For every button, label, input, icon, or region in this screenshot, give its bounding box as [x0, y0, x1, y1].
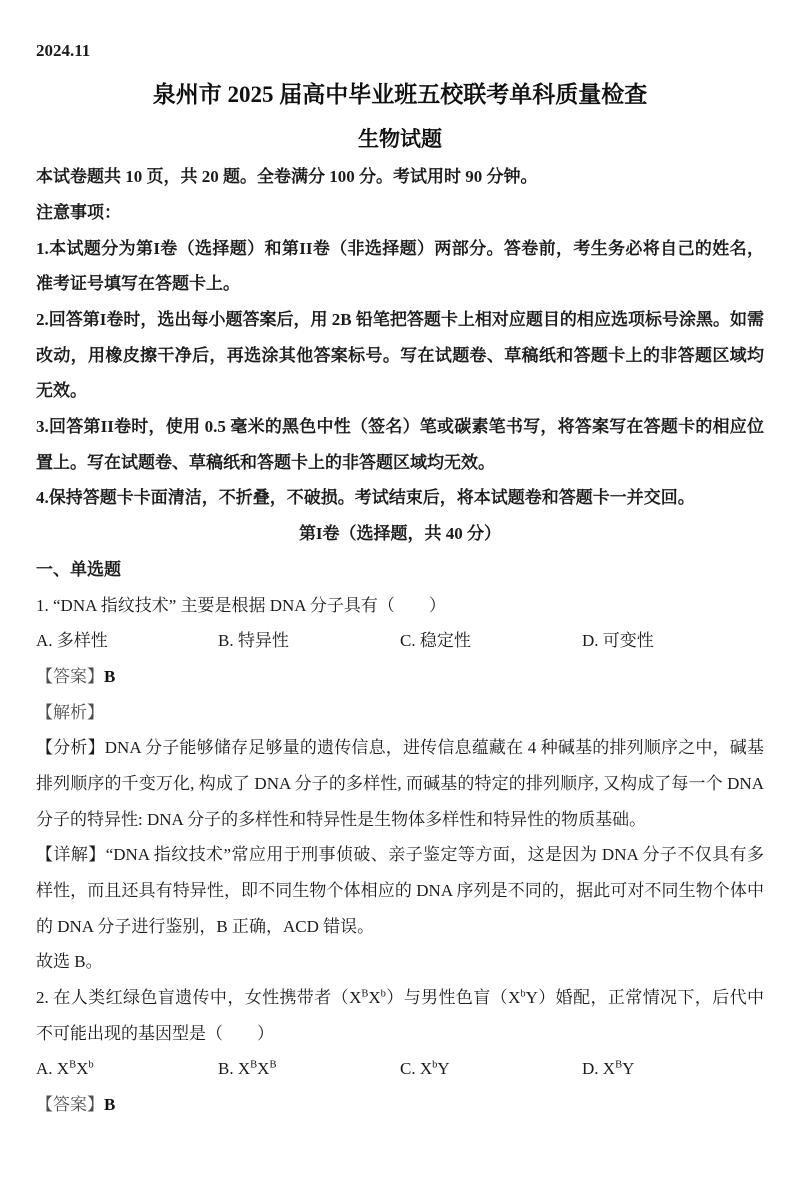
section-i-heading: 第I卷（选择题，共 40 分） — [36, 516, 764, 552]
question-2-option-b: B. XBXB — [218, 1051, 400, 1087]
question-1-option-c: C. 稳定性 — [400, 623, 582, 659]
question-1-answer-value: B — [104, 667, 115, 686]
notice-item-1: 1.本试题分为第I卷（选择题）和第II卷（非选择题）两部分。答卷前，考生务必将自… — [36, 231, 764, 302]
question-1-xiangjie-paragraph: 【详解】“DNA 指纹技术”常应用于刑事侦破、亲子鉴定等方面，这是因为 DNA … — [36, 837, 764, 944]
question-1-fenxi-text: DNA 分子能够储存足够量的遗传信息，进传信息蕴藏在 4 种碱基的排列顺序之中，… — [36, 738, 764, 828]
question-2-answer-value: B — [104, 1095, 115, 1114]
question-1-options: A. 多样性 B. 特异性 C. 稳定性 D. 可变性 — [36, 623, 764, 659]
question-2-option-a: A. XBXb — [36, 1051, 218, 1087]
question-1-answer-line: 【答案】B — [36, 659, 764, 695]
fenxi-label: 【分析】 — [36, 738, 105, 757]
question-2-stem: 2. 在人类红绿色盲遗传中，女性携带者（XBXb）与男性色盲（XbY）婚配，正常… — [36, 980, 764, 1051]
question-1-option-a: A. 多样性 — [36, 623, 218, 659]
exam-subject-title: 生物试题 — [36, 126, 764, 153]
jiexi-label: 【解析】 — [36, 703, 104, 722]
question-1-conclusion: 故选 B。 — [36, 944, 764, 980]
exam-summary: 本试卷题共 10 页，共 20 题。全卷满分 100 分。考试用时 90 分钟。 — [36, 159, 764, 195]
part-heading-single-choice: 一、单选题 — [36, 552, 764, 588]
notice-item-3: 3.回答第II卷时，使用 0.5 毫米的黑色中性（签名）笔或碳素笔书写，将答案写… — [36, 409, 764, 480]
answer-label: 【答案】 — [36, 667, 104, 686]
notice-item-2: 2.回答第I卷时，选出每小题答案后，用 2B 铅笔把答题卡上相对应题目的相应选项… — [36, 302, 764, 409]
question-1-option-b: B. 特异性 — [218, 623, 400, 659]
question-2: 2. 在人类红绿色盲遗传中，女性携带者（XBXb）与男性色盲（XbY）婚配，正常… — [36, 980, 764, 1123]
exam-date: 2024.11 — [36, 40, 764, 62]
xiangjie-label: 【详解】 — [36, 845, 106, 864]
question-1-stem: 1. “DNA 指纹技术” 主要是根据 DNA 分子具有（ ） — [36, 588, 764, 624]
exam-document-page: 2024.11 泉州市 2025 届高中毕业班五校联考单科质量检查 生物试题 本… — [0, 0, 800, 1191]
question-1-xiangjie-text: “DNA 指纹技术”常应用于刑事侦破、亲子鉴定等方面，这是因为 DNA 分子不仅… — [36, 845, 764, 935]
answer-label: 【答案】 — [36, 1095, 104, 1114]
notice-item-4: 4.保持答题卡卡面清洁，不折叠，不破损。考试结束后，将本试题卷和答题卡一并交回。 — [36, 480, 764, 516]
question-1-option-d: D. 可变性 — [582, 623, 764, 659]
question-1: 1. “DNA 指纹技术” 主要是根据 DNA 分子具有（ ） A. 多样性 B… — [36, 588, 764, 981]
question-1-fenxi-paragraph: 【分析】DNA 分子能够储存足够量的遗传信息，进传信息蕴藏在 4 种碱基的排列顺… — [36, 730, 764, 837]
question-1-jiexi-line: 【解析】 — [36, 695, 764, 731]
question-2-option-c: C. XbY — [400, 1051, 582, 1087]
exam-title: 泉州市 2025 届高中毕业班五校联考单科质量检查 — [36, 80, 764, 110]
question-2-options: A. XBXb B. XBXB C. XbY D. XBY — [36, 1051, 764, 1087]
question-2-answer-line: 【答案】B — [36, 1087, 764, 1123]
notice-heading: 注意事项： — [36, 195, 764, 231]
question-2-option-d: D. XBY — [582, 1051, 764, 1087]
